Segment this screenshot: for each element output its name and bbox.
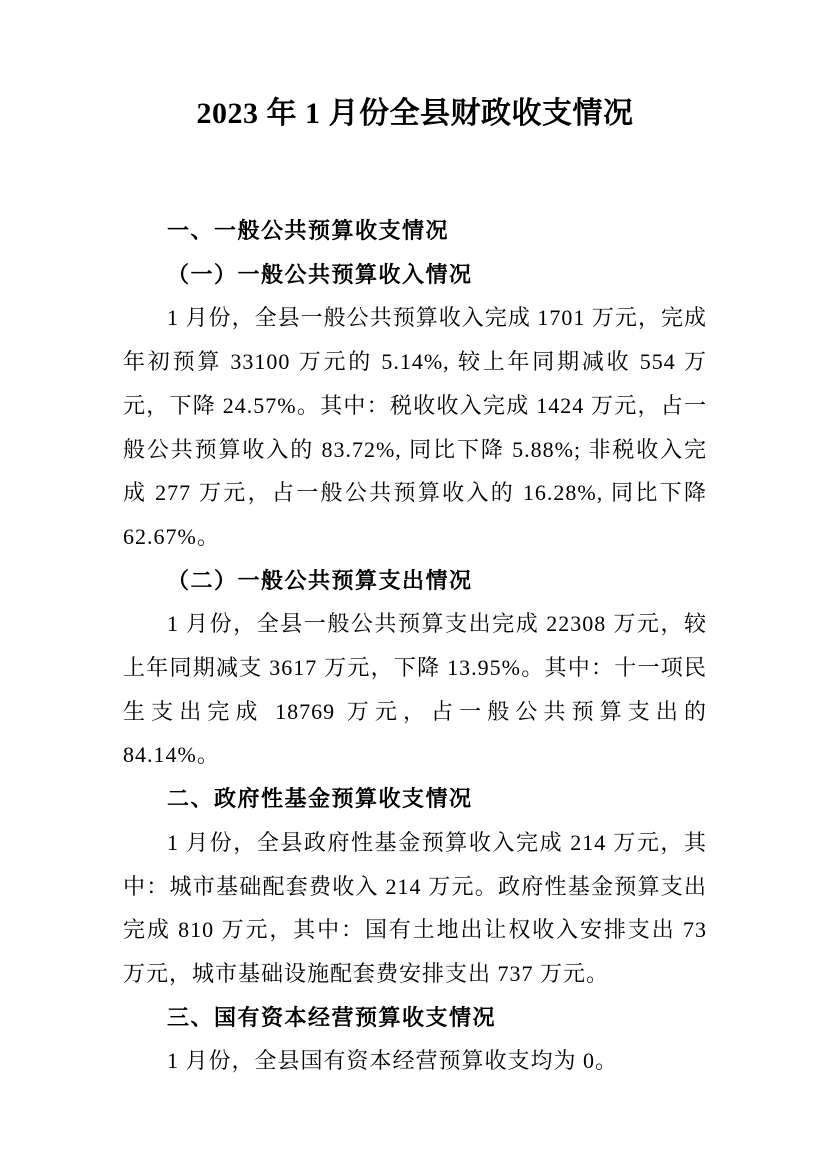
section-heading-1: 一、一般公共预算收支情况 xyxy=(123,209,707,253)
paragraph-state-capital: 1 月份，全县国有资本经营预算收支均为 0。 xyxy=(123,1039,707,1083)
paragraph-government-funds: 1 月份，全县政府性基金预算收入完成 214 万元，其中：城市基础配套费收入 2… xyxy=(123,821,707,996)
document-content: 2023 年 1 月份全县财政收支情况 一、一般公共预算收支情况 （一）一般公共… xyxy=(123,0,707,1083)
section-heading-2: 二、政府性基金预算收支情况 xyxy=(123,777,707,821)
paragraph-expenditure: 1 月份，全县一般公共预算支出完成 22308 万元，较上年同期减支 3617 … xyxy=(123,602,707,777)
paragraph-revenue: 1 月份，全县一般公共预算收入完成 1701 万元，完成年初预算 33100 万… xyxy=(123,296,707,558)
document-page: 2023 年 1 月份全县财政收支情况 一、一般公共预算收支情况 （一）一般公共… xyxy=(0,0,827,1169)
section-heading-3: 三、国有资本经营预算收支情况 xyxy=(123,996,707,1040)
document-title: 2023 年 1 月份全县财政收支情况 xyxy=(123,92,707,136)
subsection-heading-1-2: （二）一般公共预算支出情况 xyxy=(123,559,707,603)
subsection-heading-1-1: （一）一般公共预算收入情况 xyxy=(123,253,707,297)
document-body: 一、一般公共预算收支情况 （一）一般公共预算收入情况 1 月份，全县一般公共预算… xyxy=(123,209,707,1083)
